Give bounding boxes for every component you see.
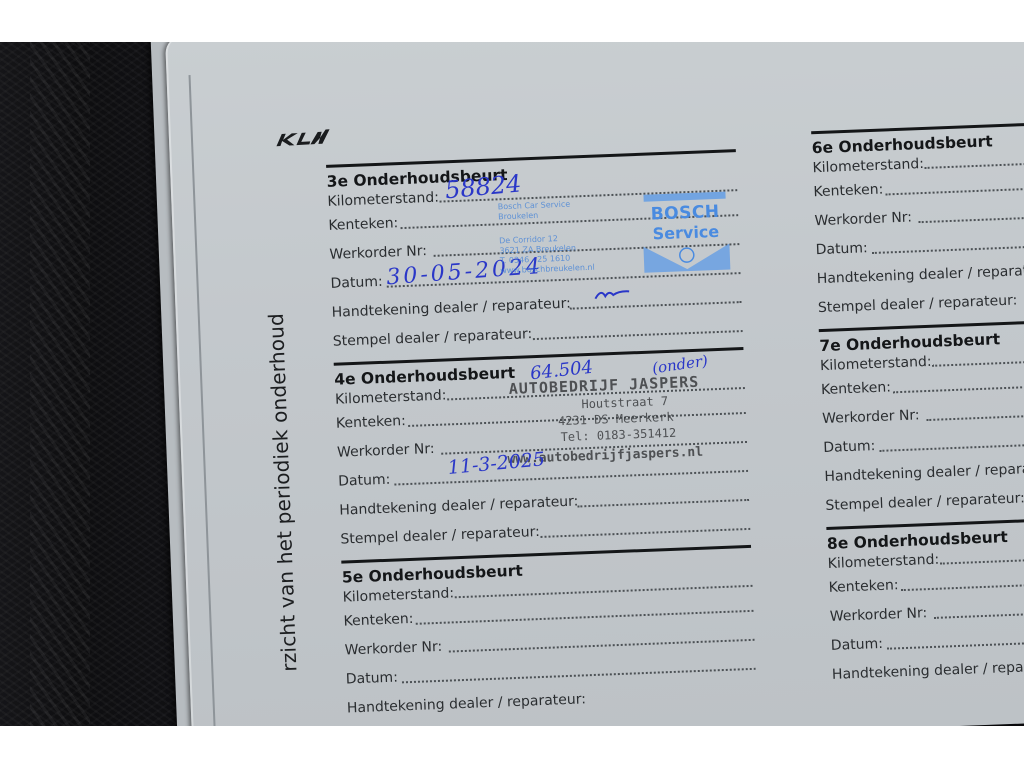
dotted-line (940, 555, 1024, 564)
field-label: Handtekening dealer / reparateur: (331, 296, 571, 321)
page-binding-edge (189, 75, 218, 768)
field-label: Werkorder Nr: (814, 209, 912, 229)
seat-fabric-stitching (30, 42, 90, 726)
service-section-8: 8e Onderhoudsbeurt Kilometerstand: Kente… (826, 515, 1024, 689)
dotted-line (872, 243, 1024, 254)
field-label: Kenteken: (328, 215, 398, 234)
field-label: Kenteken: (813, 182, 883, 201)
field-label: Stempel dealer / reparateur: (340, 524, 540, 548)
field-label: Handtekening dealer / reparateur: (832, 658, 1024, 683)
field-label: Kilometerstand: (335, 387, 447, 407)
field-label: Kenteken: (336, 413, 406, 432)
field-label: Kilometerstand: (327, 190, 439, 210)
field-label: Handtekening dealer / reparateur: (817, 262, 1024, 287)
field-label: Kilometerstand: (342, 585, 454, 605)
dotted-line (887, 638, 1024, 649)
bosch-stamp-address: Bosch Car Service Broukelen De Corridor … (498, 199, 595, 277)
service-section-7: 7e Onderhoudsbeurt Kilometerstand: Kente… (819, 318, 1024, 521)
field-label: Stempel dealer / reparateur: (825, 490, 1024, 514)
dotted-line (926, 412, 1024, 422)
field-label: Handtekening dealer / reparateur: (347, 691, 587, 716)
field-label: Handtekening dealer / reparateur: (824, 460, 1024, 485)
dotted-line (886, 185, 1024, 196)
field-label: Kilometerstand: (827, 552, 939, 572)
field-label: Kilometerstand: (812, 156, 924, 176)
right-column: 6e Onderhoudsbeurt Kilometerstand: Kente… (811, 120, 1024, 690)
field-label: Datum: (330, 274, 383, 292)
dotted-line (533, 330, 743, 340)
dotted-line (570, 301, 742, 310)
field-label: Werkorder Nr: (329, 243, 427, 263)
service-section-6: 6e Onderhoudsbeurt Kilometerstand: Kente… (811, 120, 1024, 323)
service-booklet-page: rzicht van het periodiek onderhoud 3e On… (165, 1, 1024, 755)
dotted-line (577, 499, 749, 508)
left-column: 3e Onderhoudsbeurt Kilometerstand: Kente… (326, 149, 757, 723)
field-label: Kenteken: (828, 577, 898, 596)
bosch-service-stamp: BOSCH Service (639, 189, 732, 280)
service-section-3: 3e Onderhoudsbeurt Kilometerstand: Kente… (326, 149, 743, 357)
field-label: Stempel dealer / reparateur: (818, 292, 1018, 316)
letterbox-top (0, 0, 1024, 42)
field-label: Werkorder Nr: (337, 441, 435, 461)
bosch-armature-icon (641, 241, 732, 274)
stamp-bar (643, 192, 725, 202)
field-label: Datum: (823, 438, 876, 456)
dotted-line (925, 160, 1024, 169)
dotted-line (540, 528, 750, 538)
field-label: Werkorder Nr: (822, 407, 920, 427)
field-label: Datum: (831, 636, 884, 654)
field-label: Werkorder Nr: (829, 605, 927, 625)
field-label: Datum: (338, 472, 391, 490)
field-label: Kilometerstand: (820, 354, 932, 374)
field-label: Werkorder Nr: (344, 639, 442, 659)
kia-logo-icon (274, 127, 333, 148)
field-label: Datum: (346, 670, 399, 688)
field-label: Kenteken: (821, 379, 891, 398)
dotted-line (901, 580, 1024, 591)
field-label: Stempel dealer / reparateur: (333, 326, 533, 350)
dotted-line (893, 383, 1024, 394)
service-section-4: 4e Onderhoudsbeurt Kilometerstand: Kente… (334, 347, 751, 555)
bosch-service-text: Service (641, 221, 732, 243)
page-vertical-title: rzicht van het periodiek onderhoud (264, 313, 302, 673)
dotted-line (919, 214, 1024, 224)
dotted-line (879, 441, 1024, 452)
letterbox-bottom (0, 726, 1024, 768)
field-label: Kenteken: (343, 611, 413, 630)
field-label: Datum: (815, 240, 868, 258)
service-section-5: 5e Onderhoudsbeurt Kilometerstand: Kente… (341, 545, 757, 724)
dotted-line (932, 358, 1024, 367)
field-label: Handtekening dealer / reparateur: (339, 493, 579, 518)
dotted-line (934, 609, 1024, 619)
dotted-line (449, 639, 755, 653)
